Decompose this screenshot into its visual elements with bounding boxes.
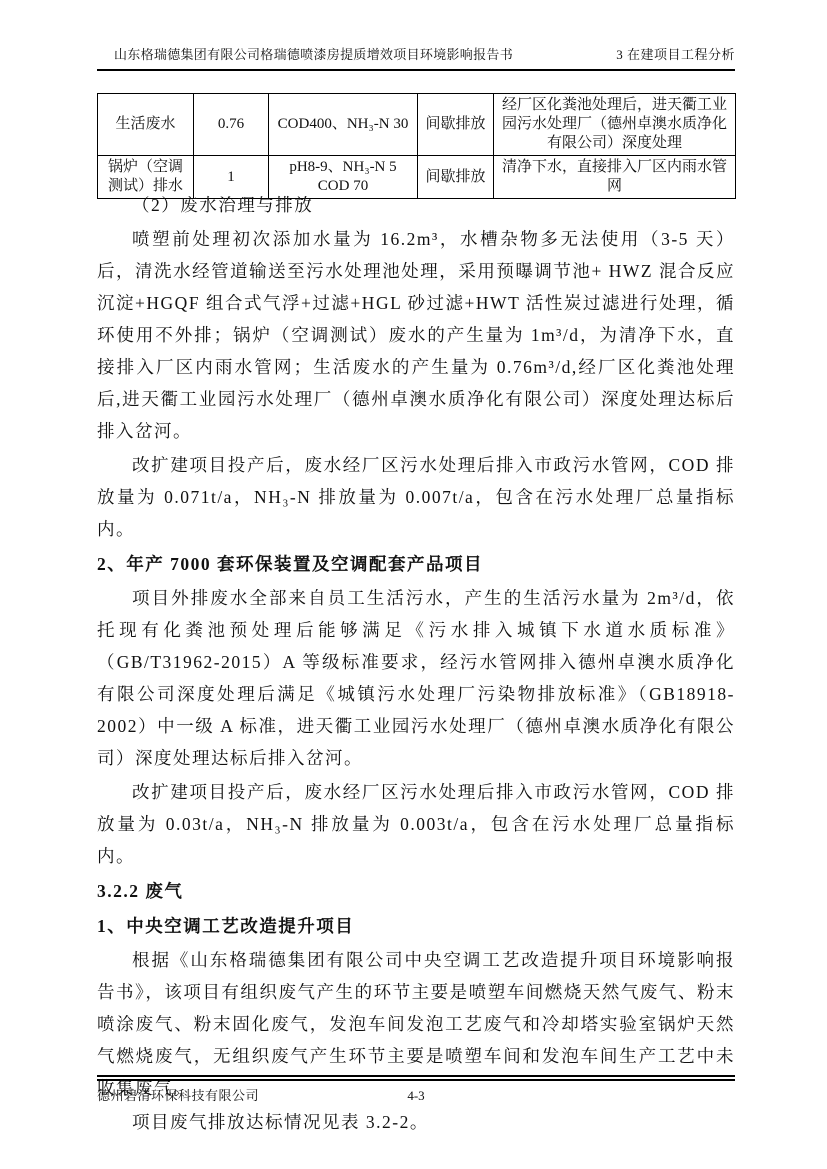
- footer-rule-thick: [97, 1079, 735, 1082]
- table-row: 生活废水 0.76 COD400、NH₃-N 30 间歇排放 经厂区化粪池处理后…: [98, 94, 736, 156]
- document-page: 山东格瑞德集团有限公司格瑞德喷漆房提质增效项目环境影响报告书 3 在建项目工程分…: [0, 0, 827, 1169]
- page-number: 4-3: [407, 1087, 424, 1104]
- paragraph-wastewater-treatment: 喷塑前处理初次添加水量为 16.2m³，水槽杂物多无法使用（3-5 天）后，清洗…: [97, 223, 735, 447]
- footer-row: 德州碧清环保科技有限公司 4-3: [97, 1087, 735, 1104]
- heading-project-2: 2、年产 7000 套环保装置及空调配套产品项目: [97, 548, 735, 580]
- footer-rule-thin: [97, 1075, 735, 1077]
- page-footer: 德州碧清环保科技有限公司 4-3: [97, 1075, 735, 1104]
- cell-pollutants: COD400、NH₃-N 30: [269, 94, 418, 156]
- cell-treatment: 经厂区化粪池处理后，进天衢工业园污水处理厂（德州卓澳水质净化有限公司）深度处理: [494, 94, 736, 156]
- wastewater-table: 生活废水 0.76 COD400、NH₃-N 30 间歇排放 经厂区化粪池处理后…: [97, 93, 736, 199]
- paragraph-table-reference: 项目废气排放达标情况见表 3.2-2。: [97, 1106, 735, 1138]
- document-body: （2）废水治理与排放 喷塑前处理初次添加水量为 16.2m³，水槽杂物多无法使用…: [97, 189, 735, 1140]
- paragraph-wastewater-subheading: （2）废水治理与排放: [97, 189, 735, 221]
- paragraph-cod-emission-1: 改扩建项目投产后，废水经厂区污水处理后排入市政污水管网，COD 排放量为 0.0…: [97, 449, 735, 545]
- paragraph-cod-emission-2: 改扩建项目投产后，废水经厂区污水处理后排入市政污水管网，COD 排放量为 0.0…: [97, 776, 735, 872]
- heading-hvac-project: 1、中央空调工艺改造提升项目: [97, 910, 735, 942]
- heading-section-322: 3.2.2 废气: [97, 875, 735, 907]
- cell-discharge-mode: 间歇排放: [418, 94, 494, 156]
- header-chapter: 3 在建项目工程分析: [616, 46, 735, 63]
- page-header: 山东格瑞德集团有限公司格瑞德喷漆房提质增效项目环境影响报告书 3 在建项目工程分…: [97, 46, 735, 71]
- cell-wastewater-type: 生活废水: [98, 94, 194, 156]
- footer-company: 德州碧清环保科技有限公司: [97, 1088, 259, 1103]
- cell-amount: 0.76: [194, 94, 269, 156]
- header-title: 山东格瑞德集团有限公司格瑞德喷漆房提质增效项目环境影响报告书: [114, 46, 513, 63]
- paragraph-domestic-sewage: 项目外排废水全部来自员工生活污水，产生的生活污水量为 2m³/d，依托现有化粪池…: [97, 582, 735, 774]
